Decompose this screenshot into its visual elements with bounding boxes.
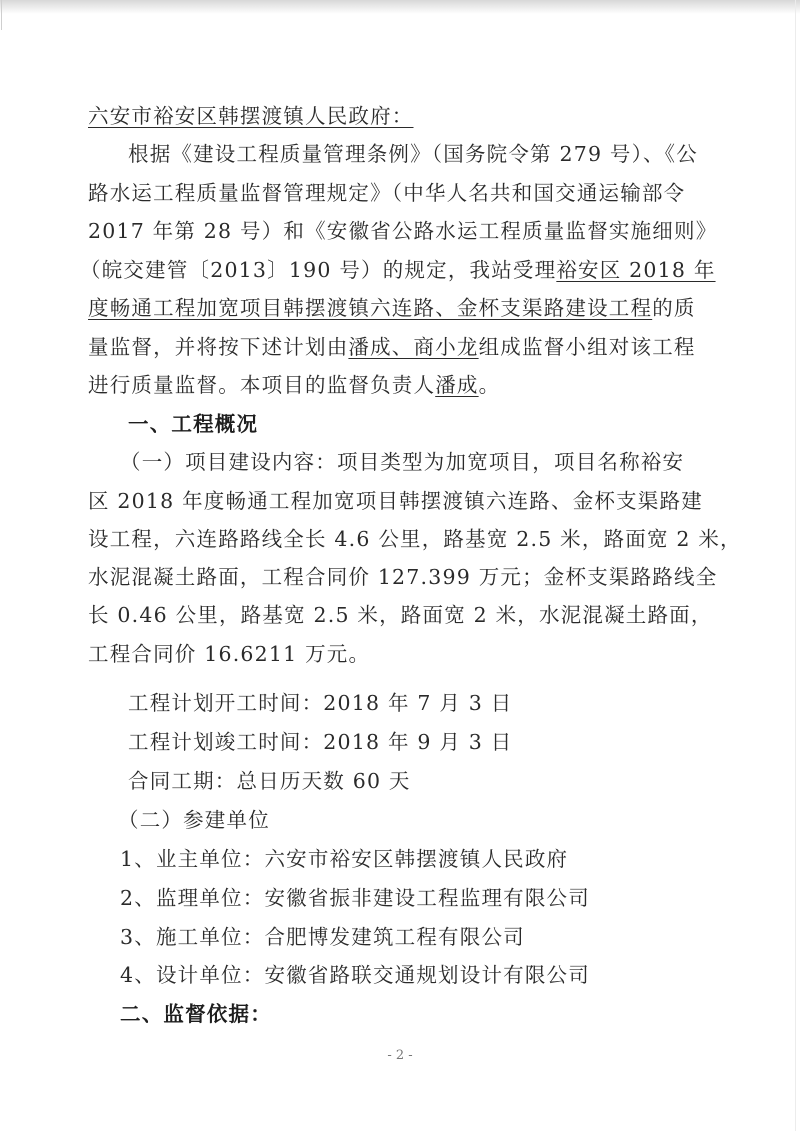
section-1-heading: 一、工程概况 <box>128 411 740 437</box>
planned-start-date: 工程计划开工时间：2018 年 7 月 3 日 <box>128 690 700 716</box>
project-content-line-3: 设工程，六连路路线全长 4.6 公里，路基宽 2.5 米，路面宽 2 米， <box>88 526 700 552</box>
intro-line-2: 路水运工程质量监督管理规定》（中华人名共和国交通运输部令 <box>88 180 700 206</box>
scan-artifact-band <box>0 0 800 14</box>
intro-line-1: 根据《建设工程质量管理条例》（国务院令第 279 号）、《公 <box>128 141 700 167</box>
planned-end-date: 工程计划竣工时间：2018 年 9 月 3 日 <box>128 729 700 755</box>
section-2-heading: 二、监督依据： <box>120 1001 732 1027</box>
project-content-line-4: 水泥混凝土路面，工程合同价 127.399 万元；金杯支渠路路线全 <box>88 564 700 590</box>
intro-line-6: 量监督，并将按下述计划由潘成、商小龙组成监督小组对该工程 <box>88 334 700 360</box>
intro-line-4: （皖交建管〔2013〕190 号）的规定，我站受理裕安区 2018 年 <box>80 257 692 283</box>
project-content-line-1: （一）项目建设内容：项目类型为加宽项目，项目名称裕安 <box>120 449 692 475</box>
intro-line-7-text-b: 。 <box>479 373 501 397</box>
supervisor-in-charge: 潘成 <box>435 373 478 397</box>
intro-line-7: 进行质量监督。本项目的监督负责人潘成。 <box>88 372 700 398</box>
addressee: 六安市裕安区韩摆渡镇人民政府： <box>88 103 700 129</box>
project-name-part-1: 裕安区 2018 年 <box>556 258 715 282</box>
intro-line-6-text-b: 组成监督小组对该工程 <box>479 335 696 359</box>
contract-duration: 合同工期：总日历天数 60 天 <box>128 768 700 794</box>
project-name-part-2: 度畅通工程加宽项目韩摆渡镇六连路、金杯支渠路建设工程 <box>88 296 652 320</box>
page-number: - 2 - <box>0 1048 800 1063</box>
intro-line-5: 度畅通工程加宽项目韩摆渡镇六连路、金杯支渠路建设工程的质 <box>88 295 700 321</box>
unit-owner: 1、业主单位：六安市裕安区韩摆渡镇人民政府 <box>120 846 692 872</box>
scan-edge-left <box>1 0 2 30</box>
unit-contractor: 3、施工单位：合肥博发建筑工程有限公司 <box>120 924 692 950</box>
intro-line-7-text-a: 进行质量监督。本项目的监督负责人 <box>88 373 435 397</box>
intro-line-5-text: 的质 <box>652 296 695 320</box>
project-content-line-6: 工程合同价 16.6211 万元。 <box>88 641 700 667</box>
participating-units-heading: （二）参建单位 <box>118 807 700 833</box>
unit-designer: 4、设计单位：安徽省路联交通规划设计有限公司 <box>120 962 692 988</box>
intro-line-6-text-a: 量监督，并将按下述计划由 <box>88 335 348 359</box>
supervisors-names: 潘成、商小龙 <box>348 335 478 359</box>
unit-supervisor: 2、监理单位：安徽省振非建设工程监理有限公司 <box>120 885 692 911</box>
intro-line-4-text: （皖交建管〔2013〕190 号）的规定，我站受理 <box>80 258 556 282</box>
project-content-line-5: 长 0.46 公里，路基宽 2.5 米，路面宽 2 米，水泥混凝土路面， <box>88 602 700 628</box>
intro-line-3: 2017 年第 28 号）和《安徽省公路水运工程质量监督实施细则》 <box>88 218 700 244</box>
scan-edge-right <box>795 0 796 1131</box>
project-content-line-2: 区 2018 年度畅通工程加宽项目韩摆渡镇六连路、金杯支渠路建 <box>88 488 700 514</box>
